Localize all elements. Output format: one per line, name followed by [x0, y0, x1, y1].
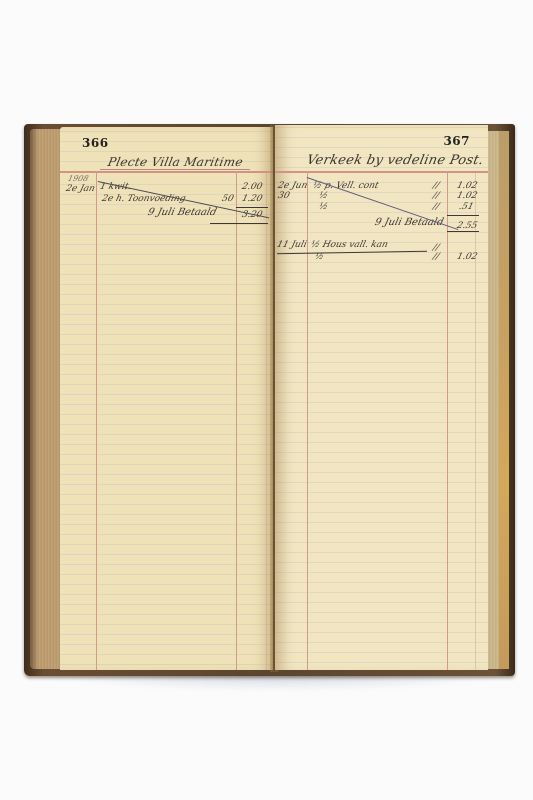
margin-line: [266, 171, 267, 670]
date-column-line: [96, 171, 97, 670]
entry-ditto: //: [432, 181, 441, 191]
entry-amount: 2.00: [241, 182, 264, 192]
entry-year: 1908: [67, 174, 90, 183]
entry-amount: 1.20: [241, 194, 264, 204]
right-page-edges: [487, 131, 509, 669]
total-amount: 2.55: [456, 221, 479, 231]
entry-amount: .51: [458, 202, 475, 212]
closing-note: 9 Juli Betaald: [374, 217, 445, 228]
account-header-left: Plecte Villa Maritime: [107, 155, 245, 169]
entry-description: ½: [318, 202, 329, 212]
header-underline: [100, 169, 250, 170]
entry-description: 2e h. Toonvoeding: [101, 194, 187, 204]
page-number-left: 366: [82, 136, 109, 150]
entry-description: ½ Hous vall. kan: [310, 240, 389, 250]
entry-ditto: //: [432, 202, 441, 212]
entry-day: 11 Juli: [276, 240, 308, 250]
strike-through-line: [277, 251, 427, 255]
left-page: 366 Plecte Villa Maritime 1908 2e Jan 1 …: [60, 127, 273, 670]
entry-day: 2e Jun: [277, 181, 309, 191]
entry-ditto: //: [432, 191, 441, 201]
date-column-line: [307, 171, 308, 670]
sum-line: [236, 207, 268, 208]
entry-description: ½: [314, 252, 325, 262]
entry-amount: 1.02: [456, 191, 479, 201]
entry-day: 30: [277, 191, 291, 201]
closing-rule: [447, 231, 479, 232]
closing-rule: [210, 223, 268, 224]
sum-line: [447, 215, 479, 216]
entry-qty: 50: [221, 194, 235, 204]
entry-ditto: //: [432, 252, 441, 262]
header-red-rule: [60, 171, 273, 173]
amount-column-line: [447, 171, 448, 670]
entry-day: 2e Jan: [65, 184, 96, 194]
closing-note: 9 Juli Betaald: [147, 207, 218, 218]
amount-column-line: [236, 171, 237, 670]
entry-amount: 1.02: [456, 181, 479, 191]
right-page: 367 Verkeek by vedeline Post. 2e Jun ½ p…: [275, 125, 488, 670]
entry-description: ½: [318, 191, 329, 201]
margin-line: [475, 171, 476, 670]
account-header-right: Verkeek by vedeline Post.: [305, 153, 485, 168]
page-number-right: 367: [443, 134, 470, 148]
left-page-edges: [30, 129, 62, 669]
entry-amount: 1.02: [456, 252, 479, 262]
ledger-photo: 366 Plecte Villa Maritime 1908 2e Jan 1 …: [0, 0, 533, 800]
